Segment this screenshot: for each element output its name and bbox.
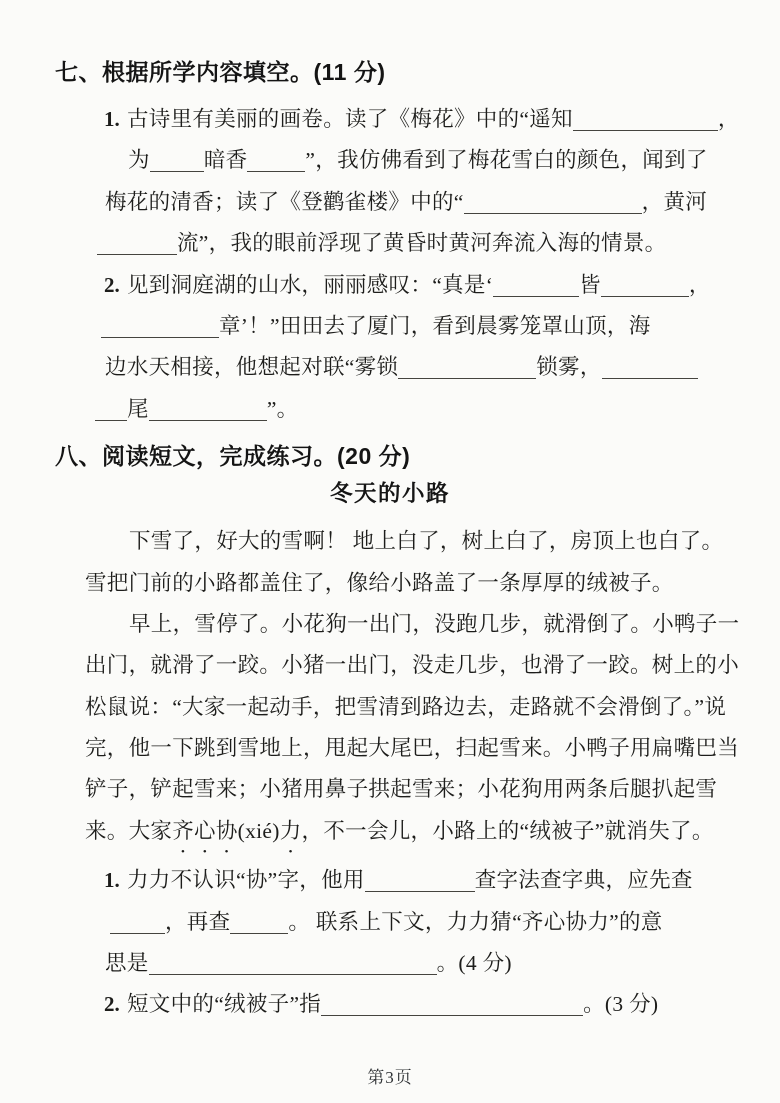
question-number: 2. [104, 265, 120, 306]
text-segment: 暗香 [204, 148, 248, 172]
text-segment: 。(4 分) [437, 951, 512, 975]
text-segment: 流”，我的眼前浮现了黄昏时黄河奔流入海的情景。 [177, 231, 666, 255]
passage-line: 来。大家齐心协(xié)力，不一会儿，小路上的“绒被子”就消失了。 [0, 811, 780, 852]
text-segment: 来。大家 [85, 819, 172, 843]
text-segment: ， [689, 273, 711, 297]
text-segment: 尾 [127, 397, 149, 421]
emphasized-text: 齐心协 [172, 819, 237, 843]
passage-line: 雪把门前的小路都盖住了，像给小路盖了一条厚厚的绒被子。 [0, 563, 780, 604]
fill-in-blank [573, 130, 718, 131]
question-line: ，再查。 联系上下文，力力猜“齐心协力”的意 [0, 902, 780, 943]
passage-title: 冬天的小路 [0, 479, 780, 509]
fill-in-blank [321, 1015, 583, 1016]
question-number: 2. [104, 984, 120, 1025]
text-segment: 完，他一下跳到雪地上，甩起大尾巴，扫起雪来。小鸭子用扁嘴巴当 [85, 736, 739, 760]
text-segment: 。(3 分) [583, 992, 658, 1016]
question-line: 为暗香”，我仿佛看到了梅花雪白的颜色，闻到了 [0, 140, 780, 181]
question-line: 章’！”田田去了厦门，看到晨雾笼罩山顶，海 [0, 306, 780, 347]
fill-in-blank [149, 974, 437, 975]
text-segment: 梅花的清香；读了《登鹳雀楼》中的“ [105, 190, 464, 214]
section-8-questions: 1.力力不认识“协”字，他用查字法查字典，应先查，再查。 联系上下文，力力猜“齐… [0, 860, 780, 1026]
fill-in-blank [149, 420, 267, 421]
fill-in-blank [97, 254, 177, 255]
text-segment: 为 [128, 148, 150, 172]
text-segment: ”，我仿佛看到了梅花雪白的颜色，闻到了 [305, 148, 707, 172]
text-segment: 雪把门前的小路都盖住了，像给小路盖了一条厚厚的绒被子。 [85, 571, 674, 595]
text-segment: 查字法查字典，应先查 [475, 868, 693, 892]
question-number: 1. [104, 860, 120, 901]
text-segment: ，黄河 [642, 190, 707, 214]
exam-paper-page: 七、根据所学内容填空。(11 分) 1.古诗里有美丽的画卷。读了《梅花》中的“遥… [0, 0, 780, 1103]
text-segment: 下雪了，好大的雪啊！ 地上白了，树上白了，房顶上也白了。 [129, 529, 723, 553]
passage-line: 铲子，铲起雪来；小猪用鼻子拱起雪来；小花狗用两条后腿扒起雪 [0, 769, 780, 810]
text-segment: 铲子，铲起雪来；小猪用鼻子拱起雪来；小花狗用两条后腿扒起雪 [85, 777, 717, 801]
question-line: 流”，我的眼前浮现了黄昏时黄河奔流入海的情景。 [0, 223, 780, 264]
text-segment: 。 联系上下文，力力猜“齐心协力”的意 [288, 910, 662, 934]
passage-line: 完，他一下跳到雪地上，甩起大尾巴，扫起雪来。小鸭子用扁嘴巴当 [0, 728, 780, 769]
text-segment: 皆 [579, 273, 601, 297]
text-segment: 早上，雪停了。小花狗一出门，没跑几步，就滑倒了。小鸭子一 [129, 612, 739, 636]
question-line: 1.古诗里有美丽的画卷。读了《梅花》中的“遥知， [0, 99, 780, 140]
question-line: 思是。(4 分) [0, 943, 780, 984]
text-segment: 思是 [105, 951, 149, 975]
text-segment: 锁雾， [536, 355, 601, 379]
section-7-heading: 七、根据所学内容填空。(11 分) [0, 0, 780, 87]
text-segment: 古诗里有美丽的画卷。读了《梅花》中的“遥知 [127, 107, 573, 131]
text-segment: 出门，就滑了一跤。小猪一出门，没走几步，也滑了一跤。树上的小 [85, 653, 739, 677]
text-segment: 见到洞庭湖的山水，丽丽感叹：“真是‘ [127, 273, 493, 297]
fill-in-blank [150, 171, 204, 172]
text-segment: 短文中的“绒被子”指 [127, 992, 321, 1016]
section-7-questions: 1.古诗里有美丽的画卷。读了《梅花》中的“遥知，为暗香”，我仿佛看到了梅花雪白的… [0, 99, 780, 430]
text-segment: 章’！”田田去了厦门，看到晨雾笼罩山顶，海 [219, 314, 651, 338]
emphasized-text: 力 [280, 819, 302, 843]
text-segment: ，再查 [165, 910, 230, 934]
passage-line: 出门，就滑了一跤。小猪一出门，没走几步，也滑了一跤。树上的小 [0, 645, 780, 686]
fill-in-blank [493, 296, 579, 297]
text-segment: ”。 [267, 397, 299, 421]
text-segment: (xié) [238, 819, 280, 843]
fill-in-blank [110, 933, 165, 934]
question-line: 尾”。 [0, 389, 780, 430]
text-segment: ，不一会儿，小路上的“绒被子”就消失了。 [302, 819, 714, 843]
reading-passage: 下雪了，好大的雪啊！ 地上白了，树上白了，房顶上也白了。雪把门前的小路都盖住了，… [0, 521, 780, 852]
question-line: 边水天相接，他想起对联“雾锁锁雾， [0, 347, 780, 388]
passage-line: 下雪了，好大的雪啊！ 地上白了，树上白了，房顶上也白了。 [0, 521, 780, 562]
fill-in-blank [398, 378, 536, 379]
fill-in-blank [601, 296, 689, 297]
text-segment: ， [718, 107, 740, 131]
text-segment: 力力不认识“协”字，他用 [127, 868, 365, 892]
fill-in-blank [101, 337, 219, 338]
question-line: 梅花的清香；读了《登鹳雀楼》中的“，黄河 [0, 182, 780, 223]
fill-in-blank [95, 420, 127, 421]
fill-in-blank [230, 933, 288, 934]
fill-in-blank [464, 213, 642, 214]
fill-in-blank [247, 171, 305, 172]
passage-line: 松鼠说：“大家一起动手，把雪清到路边去，走路就不会滑倒了。”说 [0, 687, 780, 728]
page-number: 第3页 [0, 1063, 780, 1088]
section-8-heading: 八、阅读短文，完成练习。(20 分) [0, 441, 780, 471]
question-line: 2.短文中的“绒被子”指。(3 分) [0, 984, 780, 1025]
text-segment: 松鼠说：“大家一起动手，把雪清到路边去，走路就不会滑倒了。”说 [85, 695, 726, 719]
passage-line: 早上，雪停了。小花狗一出门，没跑几步，就滑倒了。小鸭子一 [0, 604, 780, 645]
text-segment: 边水天相接，他想起对联“雾锁 [105, 355, 398, 379]
question-number: 1. [104, 99, 120, 140]
question-line: 1.力力不认识“协”字，他用查字法查字典，应先查 [0, 860, 780, 901]
question-line: 2.见到洞庭湖的山水，丽丽感叹：“真是‘皆， [0, 265, 780, 306]
fill-in-blank [602, 378, 698, 379]
fill-in-blank [365, 891, 475, 892]
